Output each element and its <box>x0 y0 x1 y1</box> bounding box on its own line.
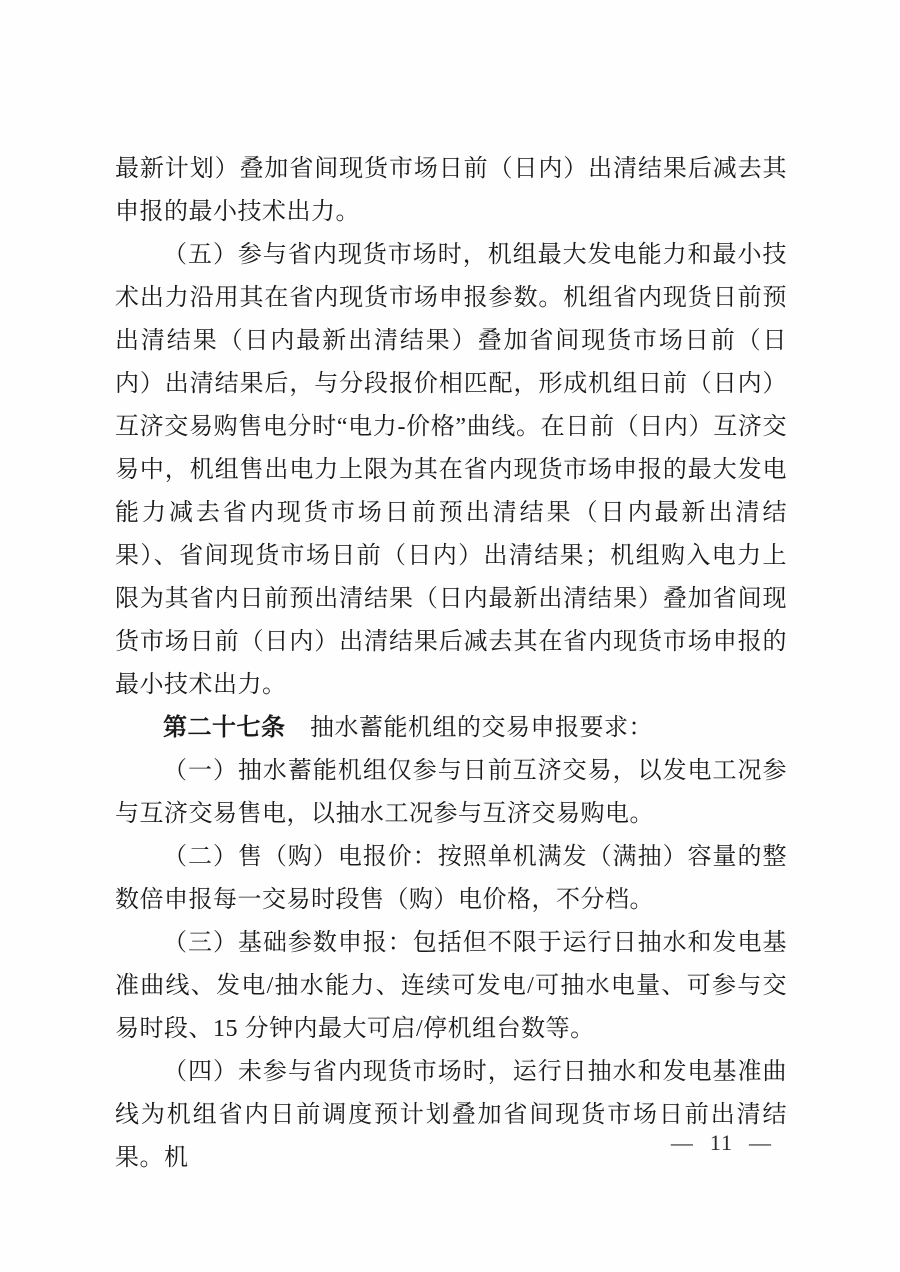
paragraph-item-1: （一）抽水蓄能机组仅参与日前互济交易，以发电工况参与互济交易售电，以抽水工况参与… <box>115 750 787 836</box>
paragraph-text: 最新计划）叠加省间现货市场日前（日内）出清结果后减去其申报的最小技术出力。 <box>115 156 787 225</box>
article-title: 抽水蓄能机组的交易申报要求： <box>286 715 654 741</box>
paragraph-text: （五）参与省内现货市场时，机组最大发电能力和最小技术出力沿用其在省内现货市场申报… <box>115 242 787 698</box>
paragraph-article-27: 第二十七条 抽水蓄能机组的交易申报要求： <box>115 707 787 750</box>
article-number: 第二十七条 <box>163 715 286 741</box>
paragraph-item-4: （四）未参与省内现货市场时，运行日抽水和发电基准曲线为机组省内日前调度预计划叠加… <box>115 1051 787 1180</box>
page-number: 11 <box>710 1130 733 1156</box>
document-page: 最新计划）叠加省间现货市场日前（日内）出清结果后减去其申报的最小技术出力。 （五… <box>0 0 900 1272</box>
page-number-footer: — 11 — <box>671 1130 772 1156</box>
paragraph-text: （二）售（购）电报价：按照单机满发（满抽）容量的整数倍申报每一交易时段售（购）电… <box>115 844 787 913</box>
paragraph-text: （三）基础参数申报：包括但不限于运行日抽水和发电基准曲线、发电/抽水能力、连续可… <box>115 930 787 1042</box>
footer-dash-right: — <box>749 1130 772 1156</box>
document-body: 最新计划）叠加省间现货市场日前（日内）出清结果后减去其申报的最小技术出力。 （五… <box>115 148 787 1180</box>
footer-dash-left: — <box>671 1130 694 1156</box>
paragraph-text: （一）抽水蓄能机组仅参与日前互济交易，以发电工况参与互济交易售电，以抽水工况参与… <box>115 758 787 827</box>
paragraph-item-2: （二）售（购）电报价：按照单机满发（满抽）容量的整数倍申报每一交易时段售（购）电… <box>115 836 787 922</box>
paragraph-item-3: （三）基础参数申报：包括但不限于运行日抽水和发电基准曲线、发电/抽水能力、连续可… <box>115 922 787 1051</box>
paragraph-continuation: 最新计划）叠加省间现货市场日前（日内）出清结果后减去其申报的最小技术出力。 <box>115 148 787 234</box>
paragraph-item-5: （五）参与省内现货市场时，机组最大发电能力和最小技术出力沿用其在省内现货市场申报… <box>115 234 787 707</box>
